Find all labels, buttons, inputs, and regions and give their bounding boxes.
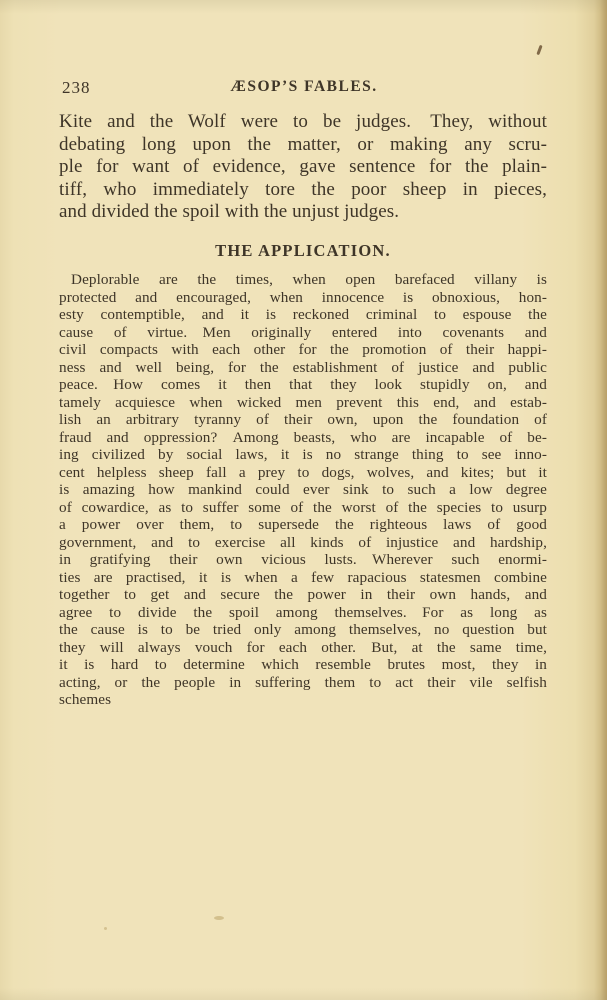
text-line: of cowardice, as to suffer some of the w… bbox=[59, 499, 547, 517]
text-line: tiff, who immediately tore the poor shee… bbox=[59, 179, 547, 202]
text-line: esty contemptible, and it is reckoned cr… bbox=[59, 306, 547, 324]
text-line: acting, or the people in suffering them … bbox=[59, 674, 547, 692]
text-line: debating long upon the matter, or making… bbox=[59, 134, 547, 157]
text-line: ties are practised, it is when a few rap… bbox=[59, 569, 547, 587]
text-line: ness and well being, for the establishme… bbox=[59, 359, 547, 377]
paper-speck bbox=[104, 927, 107, 930]
text-line: a power over them, to supersede the righ… bbox=[59, 516, 547, 534]
text-line: is amazing how mankind could ever sink t… bbox=[59, 481, 547, 499]
text-line: government, and to exercise all kinds of… bbox=[59, 534, 547, 552]
text-line: tamely acquiesce when wicked men prevent… bbox=[59, 394, 547, 412]
running-head: 238 ÆSOP’S FABLES. bbox=[60, 78, 548, 98]
text-line: Kite and the Wolf were to be judges. The… bbox=[59, 111, 547, 134]
text-line: peace. How comes it then that they look … bbox=[59, 376, 547, 394]
text-line: they will always vouch for each other. B… bbox=[59, 639, 547, 657]
fable-conclusion-paragraph: Kite and the Wolf were to be judges. The… bbox=[59, 111, 547, 224]
text-line: it is hard to determine which resemble b… bbox=[59, 656, 547, 674]
running-title: ÆSOP’S FABLES. bbox=[60, 78, 548, 96]
text-line: cent helpless sheep fall a prey to dogs,… bbox=[59, 464, 547, 482]
text-line: civil compacts with each other for the p… bbox=[59, 341, 547, 359]
text-line: Deplorable are the times, when open bare… bbox=[59, 271, 547, 289]
ink-speck bbox=[536, 45, 542, 55]
text-line: together to get and secure the power in … bbox=[59, 586, 547, 604]
section-heading: THE APPLICATION. bbox=[59, 241, 547, 261]
text-line: ing civilized by social laws, it is no s… bbox=[59, 446, 547, 464]
text-line: agree to divide the spoil among themselv… bbox=[59, 604, 547, 622]
text-line: schemes bbox=[59, 691, 547, 709]
text-line: ple for want of evidence, gave sentence … bbox=[59, 156, 547, 179]
text-line: and divided the spoil with the unjust ju… bbox=[59, 201, 547, 224]
text-line: lish an arbitrary tyranny of their own, … bbox=[59, 411, 547, 429]
text-line: protected and encouraged, when innocence… bbox=[59, 289, 547, 307]
book-page-scan: 238 ÆSOP’S FABLES. Kite and the Wolf wer… bbox=[0, 0, 607, 1000]
paper-smudge bbox=[214, 916, 224, 920]
text-line: cause of virtue. Men originally entered … bbox=[59, 324, 547, 342]
text-line: the cause is to be tried only among them… bbox=[59, 621, 547, 639]
text-line: in gratifying their own vicious lusts. W… bbox=[59, 551, 547, 569]
text-line: fraud and oppression? Among beasts, who … bbox=[59, 429, 547, 447]
application-paragraph: Deplorable are the times, when open bare… bbox=[59, 271, 547, 709]
